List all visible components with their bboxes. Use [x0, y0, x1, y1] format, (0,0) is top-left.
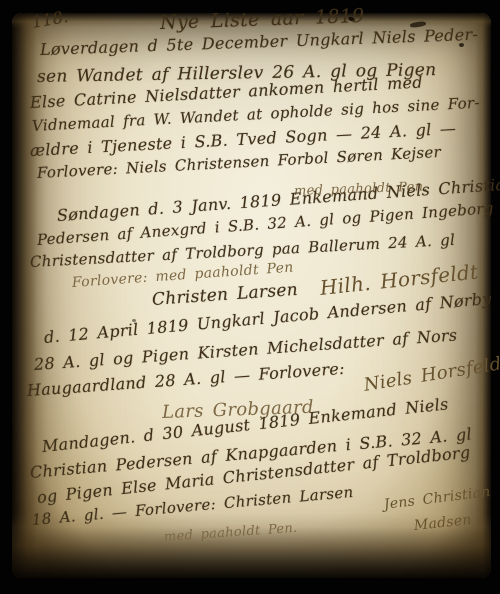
scanned-register-page: 118. Nye Liste aar 1819 Løverdagen d 5te… [0, 0, 500, 594]
paper: 118. Nye Liste aar 1819 Løverdagen d 5te… [12, 13, 491, 578]
manuscript-line: med paaholdt Pen. [163, 521, 298, 545]
witness-signature: Niels Horsfeldt [362, 352, 500, 396]
witness-signature: Madsen [413, 512, 472, 534]
manuscript-line: Christen Larsen [151, 280, 298, 310]
witness-signature: Jens Christian [383, 484, 491, 513]
page-number: 118. [30, 7, 70, 32]
